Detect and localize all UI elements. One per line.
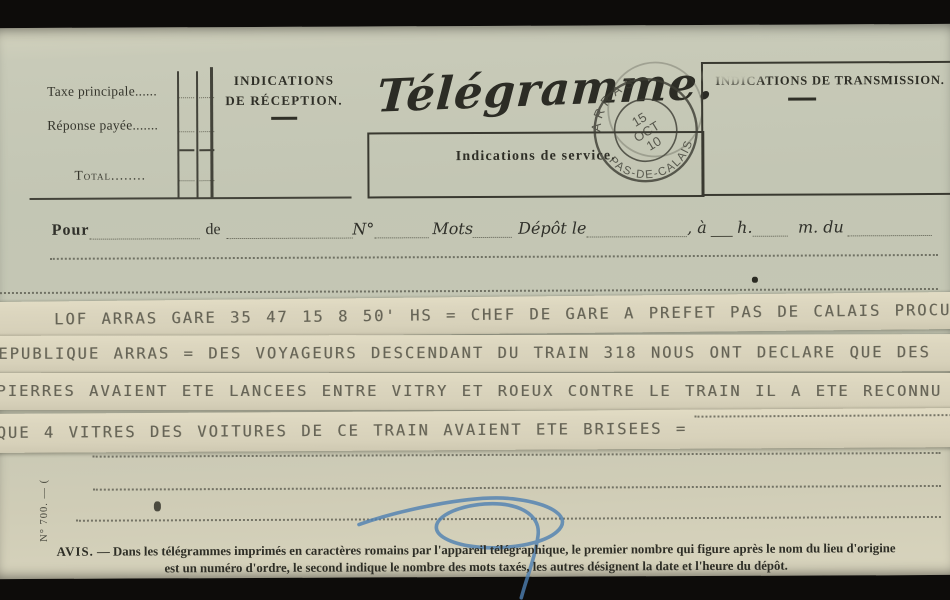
field-input-de[interactable] bbox=[227, 225, 353, 240]
field-input-no[interactable] bbox=[374, 224, 428, 238]
reception-dash bbox=[271, 117, 297, 120]
fee-label-total: Total........ bbox=[74, 167, 146, 183]
field-label-no: N° bbox=[352, 219, 374, 238]
address-form-line: Pour de N° Mots Dépôt le , à h. m. du bbox=[52, 212, 932, 240]
fee-column-rule-2 bbox=[196, 71, 198, 198]
fee-sum-rule bbox=[179, 149, 194, 151]
reception-title-line1: INDICATIONS bbox=[234, 73, 334, 88]
field-input-minute[interactable] bbox=[753, 223, 788, 237]
writing-line bbox=[50, 254, 938, 260]
form-number-note: N° 700. — ( bbox=[39, 472, 50, 542]
writing-line-fragment bbox=[694, 414, 950, 418]
telegram-photograph: Taxe principale...... Réponse payée.....… bbox=[0, 0, 950, 600]
avis-label: AVIS. bbox=[57, 545, 94, 559]
message-line-2: EPUBLIQUE ARRAS = DES VOYAGEURS DESCENDA… bbox=[0, 343, 931, 363]
reception-box-title: INDICATIONS DE RÉCEPTION. bbox=[217, 71, 351, 111]
field-label-pour: Pour bbox=[52, 222, 90, 240]
telegraph-strip-3: PIERRES AVAIENT ETE LANCEES ENTRE VITRY … bbox=[0, 373, 950, 410]
message-line-3: PIERRES AVAIENT ETE LANCEES ENTRE VITRY … bbox=[0, 382, 942, 400]
transmission-dash bbox=[788, 98, 816, 101]
writing-line bbox=[93, 452, 941, 458]
fee-column-rule-1 bbox=[177, 71, 179, 198]
reception-title-line2: DE RÉCEPTION. bbox=[225, 92, 343, 108]
telegraph-strip-4: QUE 4 VITRES DES VOITURES DE CE TRAIN AV… bbox=[0, 408, 950, 453]
telegraph-strip-1: LOF ARRAS GARE 35 47 15 8 50' HS = CHEF … bbox=[0, 292, 950, 339]
telegram-form-paper: Taxe principale...... Réponse payée.....… bbox=[0, 24, 950, 579]
field-label-h: h. bbox=[737, 218, 752, 237]
fee-cell-line bbox=[179, 131, 194, 132]
field-label-mots: Mots bbox=[432, 219, 473, 238]
ink-mark bbox=[154, 501, 161, 511]
field-input-depot[interactable] bbox=[586, 223, 687, 237]
ink-blot bbox=[752, 277, 758, 283]
fee-label-reponse-payee: Réponse payée....... bbox=[47, 117, 158, 133]
left-section-bottom-rule bbox=[30, 197, 352, 200]
avis-text-1: — Dans les télégrammes imprimés en carac… bbox=[97, 541, 896, 558]
field-label-depot: Dépôt le bbox=[518, 219, 586, 238]
field-input-hour[interactable] bbox=[711, 223, 733, 237]
field-label-a: , à bbox=[687, 218, 707, 237]
reception-box-left-border bbox=[210, 67, 214, 198]
avis-footer: AVIS. — Dans les télégrammes imprimés en… bbox=[1, 540, 950, 579]
field-label-m-du: m. du bbox=[798, 217, 844, 236]
field-input-du[interactable] bbox=[848, 222, 932, 236]
message-line-4: QUE 4 VITRES DES VOITURES DE CE TRAIN AV… bbox=[0, 420, 687, 442]
signature-scribble bbox=[341, 475, 602, 600]
fee-label-taxe-principale: Taxe principale...... bbox=[47, 83, 157, 99]
field-label-de: de bbox=[205, 221, 220, 239]
fee-cell-line bbox=[179, 97, 194, 98]
ink-fade-patch bbox=[699, 65, 769, 87]
message-line-1: LOF ARRAS GARE 35 47 15 8 50' HS = CHEF … bbox=[54, 301, 950, 329]
fee-cell-line bbox=[179, 180, 194, 181]
telegraph-strip-2: EPUBLIQUE ARRAS = DES VOYAGEURS DESCENDA… bbox=[0, 334, 950, 373]
field-input-pour[interactable] bbox=[89, 225, 199, 239]
field-input-mots[interactable] bbox=[473, 224, 512, 238]
